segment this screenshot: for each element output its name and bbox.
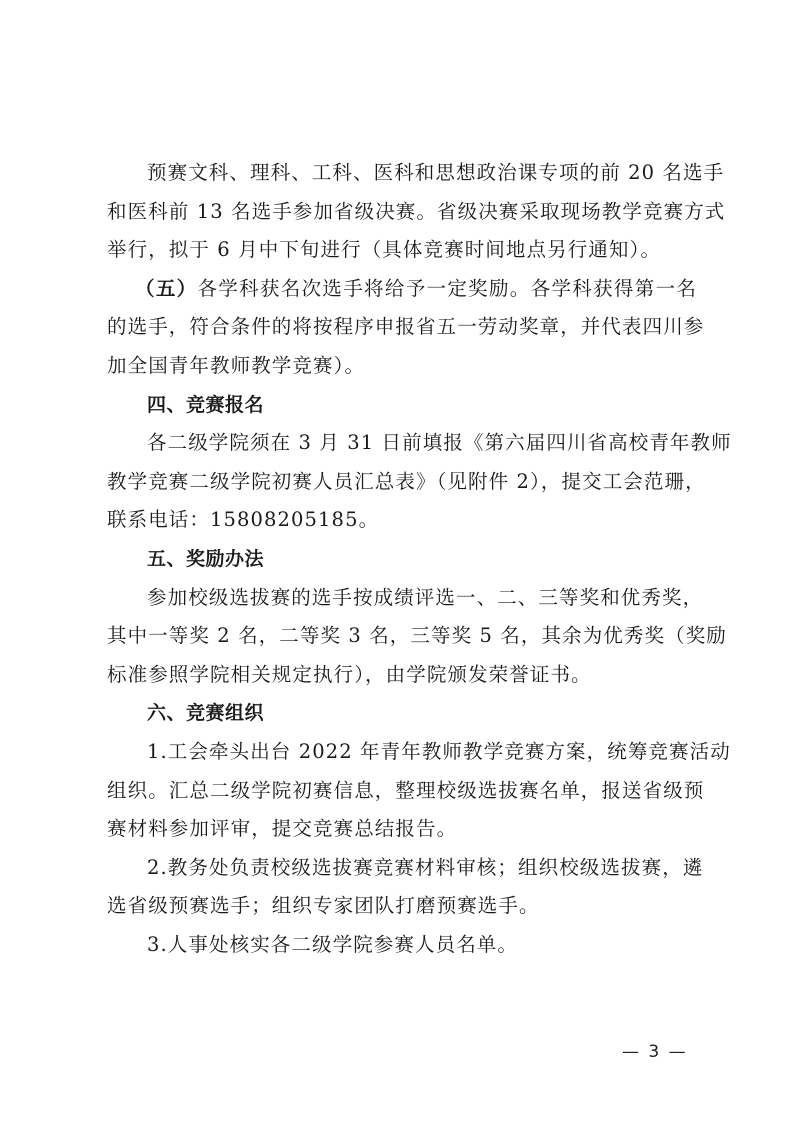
paragraph-line: 选省级预赛选手；组织专家团队打磨预赛选手。 — [107, 887, 697, 926]
item-number-prefix: （五） — [135, 277, 197, 300]
paragraph-line: 2.教务处负责校级选拔赛竞赛材料审核；组织校级选拔赛，遴 — [107, 849, 697, 888]
paragraph-line: 参加校级选拔赛的选手按成绩评选一、二、三等奖和优秀奖， — [107, 579, 697, 618]
paragraph-line: 标准参照学院相关规定执行），由学院颁发荣誉证书。 — [107, 656, 697, 695]
paragraph-line: 加全国青年教师教学竞赛）。 — [107, 347, 697, 386]
paragraph-line: 赛材料参加评审，提交竞赛总结报告。 — [107, 810, 697, 849]
paragraph-line: 其中一等奖 2 名，二等奖 3 名，三等奖 5 名，其余为优秀奖（奖励 — [107, 617, 697, 656]
paragraph-line: （五）各学科获名次选手将给予一定奖励。各学科获得第一名 — [107, 270, 697, 309]
paragraph-line: 教学竞赛二级学院初赛人员汇总表》（见附件 2），提交工会范珊， — [107, 463, 697, 502]
paragraph-line: 的选手，符合条件的将按程序申报省五一劳动奖章，并代表四川参 — [107, 308, 697, 347]
paragraph-text: 各学科获名次选手将给予一定奖励。各学科获得第一名 — [197, 277, 697, 300]
section-heading: 四、竞赛报名 — [107, 386, 697, 425]
paragraph-line: 预赛文科、理科、工科、医科和思想政治课专项的前 20 名选手 — [107, 154, 697, 193]
section-heading: 五、奖励办法 — [107, 540, 697, 579]
paragraph-line: 举行，拟于 6 月中下旬进行（具体竞赛时间地点另行通知）。 — [107, 231, 697, 270]
page-number: — 3 — — [622, 1042, 688, 1062]
document-page: 预赛文科、理科、工科、医科和思想政治课专项的前 20 名选手 和医科前 13 名… — [0, 0, 793, 1122]
paragraph-line: 各二级学院须在 3 月 31 日前填报《第六届四川省高校青年教师 — [107, 424, 697, 463]
paragraph-line: 联系电话：15808205185。 — [107, 501, 697, 540]
section-heading: 六、竞赛组织 — [107, 694, 697, 733]
paragraph-line: 3.人事处核实各二级学院参赛人员名单。 — [107, 926, 697, 965]
paragraph-line: 组织。汇总二级学院初赛信息，整理校级选拔赛名单，报送省级预 — [107, 772, 697, 811]
paragraph-line: 1.工会牵头出台 2022 年青年教师教学竞赛方案，统筹竞赛活动 — [107, 733, 697, 772]
document-body: 预赛文科、理科、工科、医科和思想政治课专项的前 20 名选手 和医科前 13 名… — [107, 154, 697, 964]
paragraph-line: 和医科前 13 名选手参加省级决赛。省级决赛采取现场教学竞赛方式 — [107, 193, 697, 232]
